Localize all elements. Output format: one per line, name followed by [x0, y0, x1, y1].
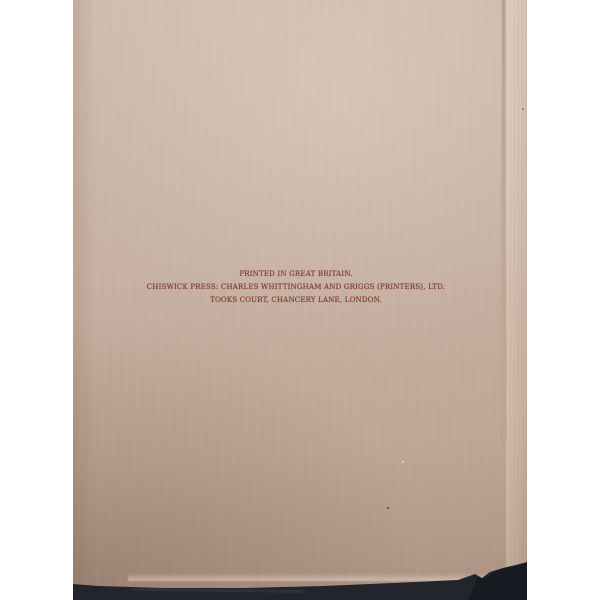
paper-speck-light	[402, 461, 404, 463]
white-matte-right	[527, 0, 600, 600]
white-matte-left	[0, 0, 73, 600]
paper-speck-edge	[522, 108, 524, 110]
book-photo: PRINTED IN GREAT BRITAIN. CHISWICK PRESS…	[73, 0, 527, 600]
screenshot-root: PRINTED IN GREAT BRITAIN. CHISWICK PRESS…	[0, 0, 600, 600]
paper-speck-dark	[387, 507, 389, 509]
colophon: PRINTED IN GREAT BRITAIN. CHISWICK PRESS…	[73, 268, 519, 308]
colophon-line-2: CHISWICK PRESS: CHARLES WHITTINGHAM AND …	[73, 281, 519, 294]
colophon-line-3: TOOKS COURT, CHANCERY LANE, LONDON.	[73, 294, 519, 307]
colophon-line-1: PRINTED IN GREAT BRITAIN.	[73, 268, 519, 281]
